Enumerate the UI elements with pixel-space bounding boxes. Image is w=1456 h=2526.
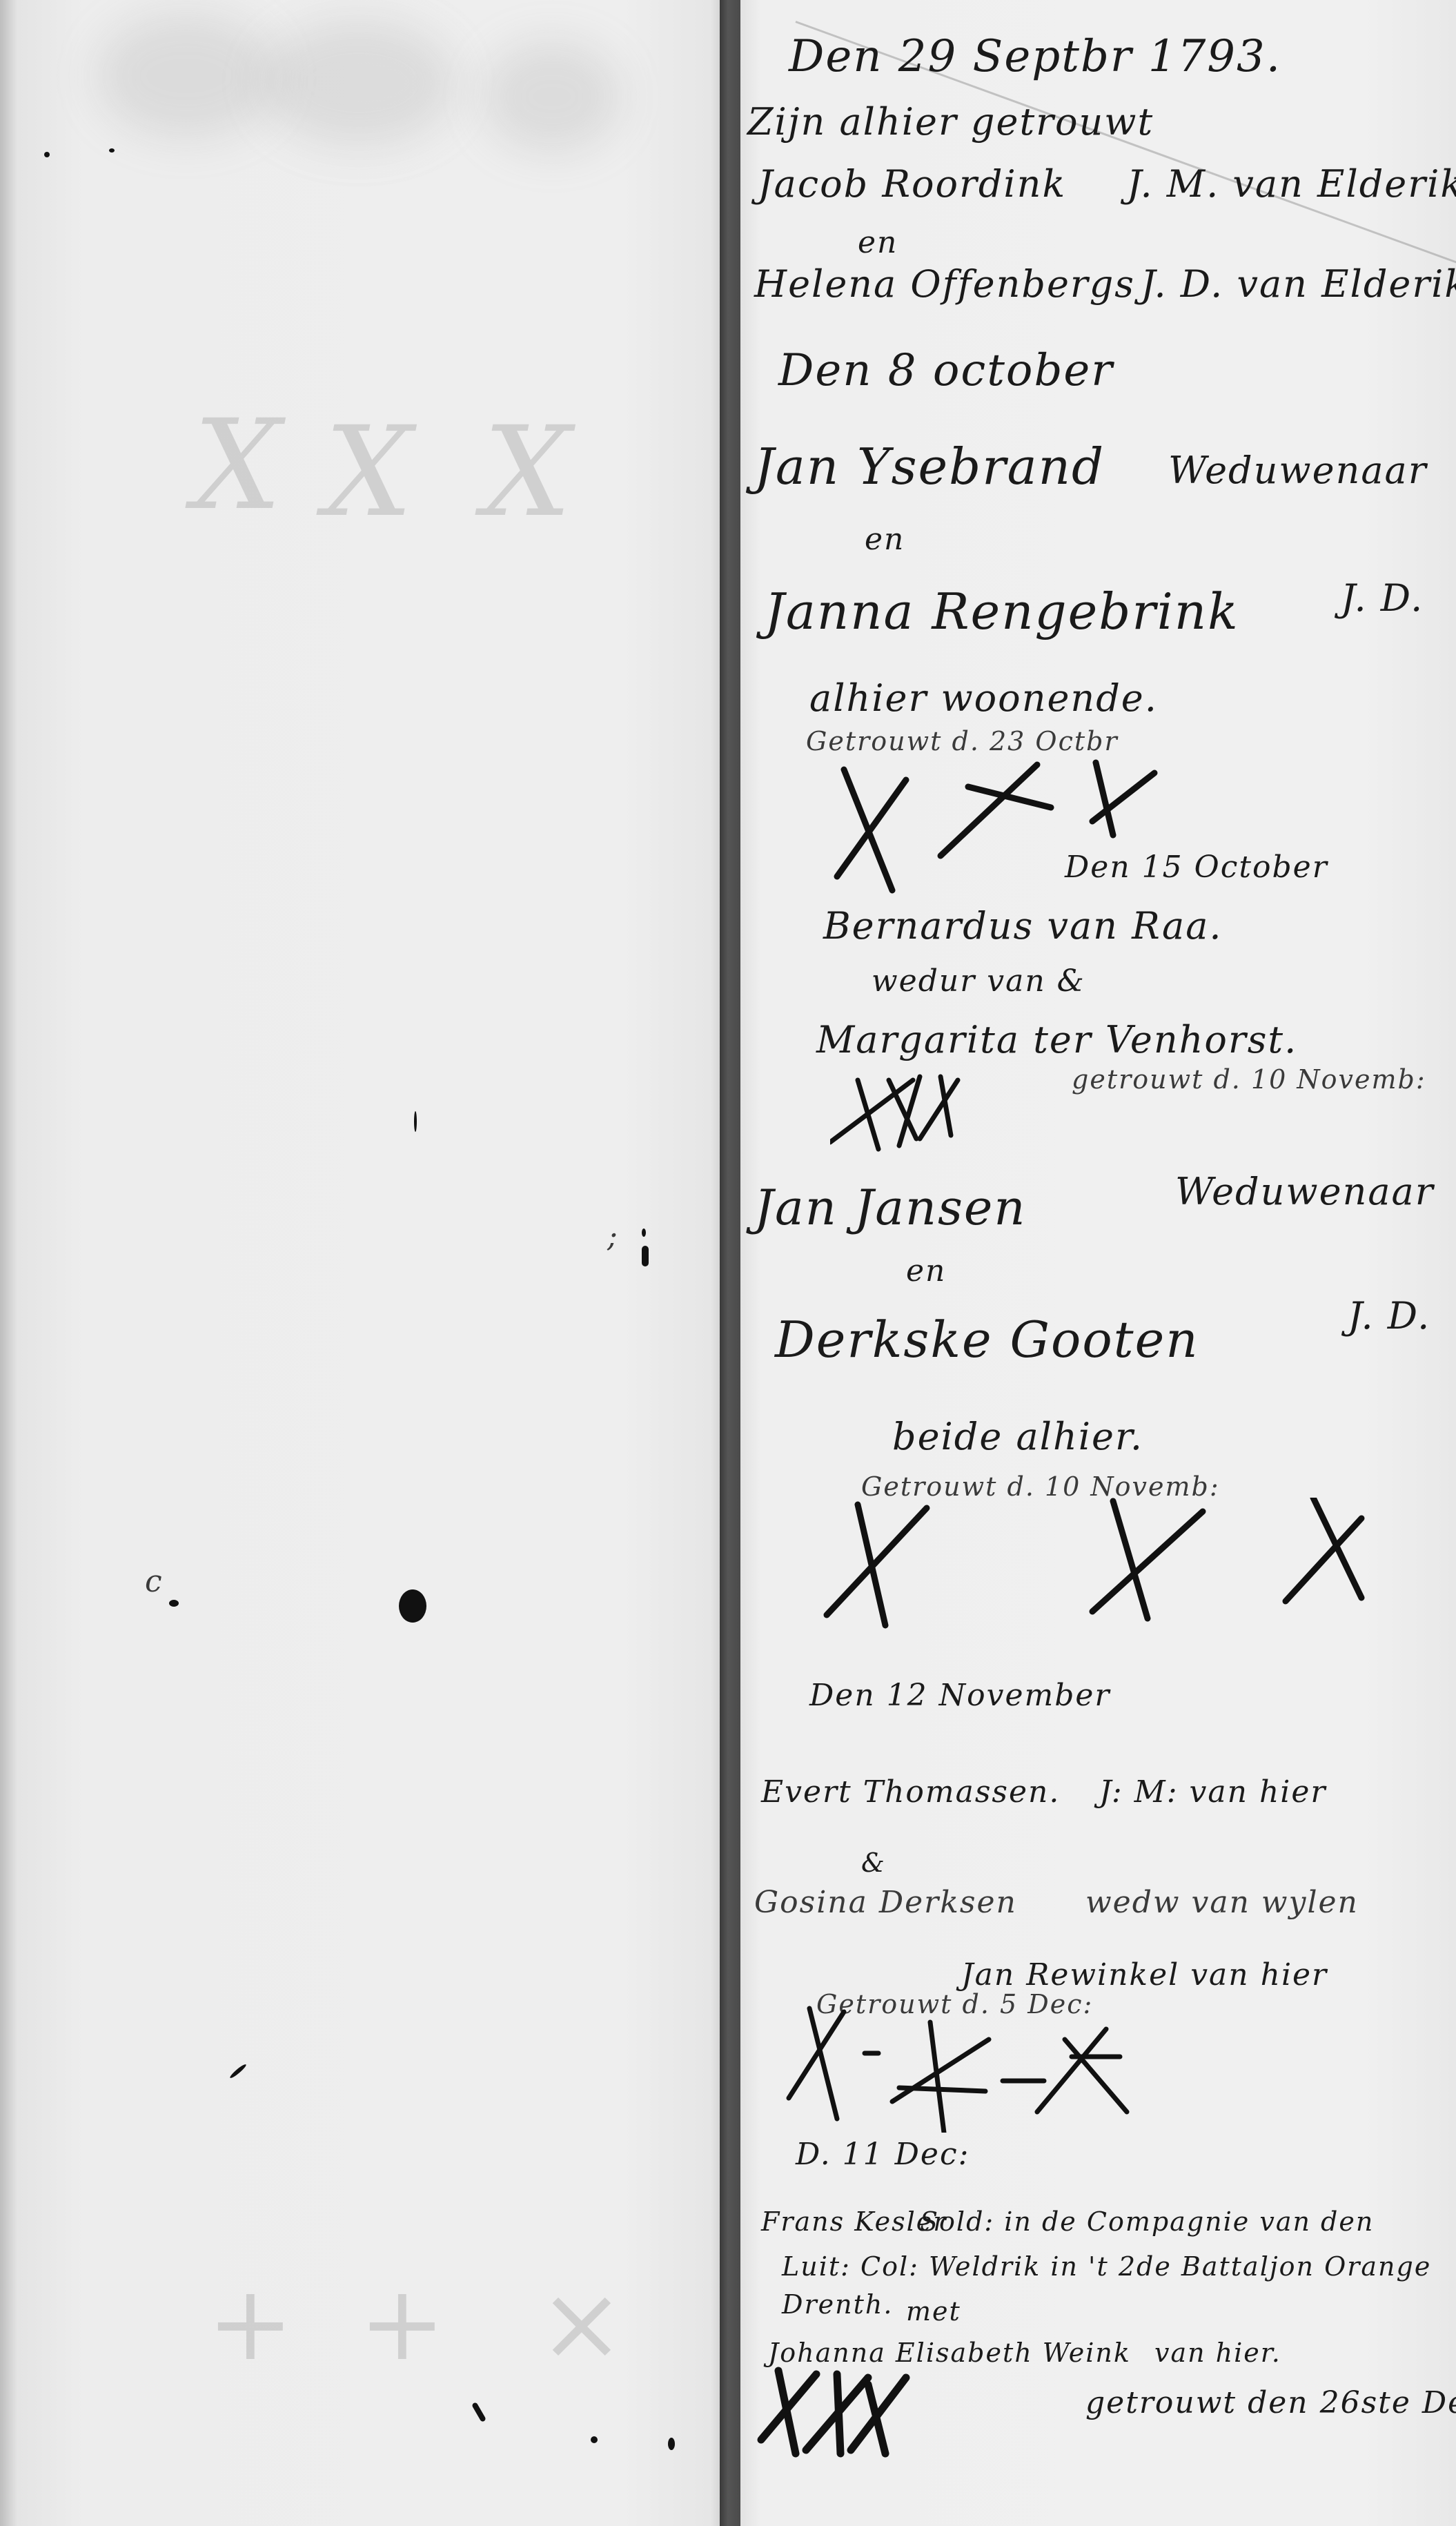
bride-note: van hier. xyxy=(1154,2340,1281,2366)
ink-speck xyxy=(642,1246,649,1266)
book-gutter xyxy=(720,0,740,2526)
married-date-note: getrouwt den 26ste December xyxy=(1085,2388,1456,2418)
bride-name: Janna Rengebrink xyxy=(765,587,1239,636)
bride-name: Johanna Elisabeth Weink xyxy=(768,2340,1131,2366)
bride-name: Gosina Derksen xyxy=(754,1888,1017,1918)
entry-date-heading: Den 29 Septbr 1793. xyxy=(789,35,1281,79)
bride-name: Helena Offenbergs xyxy=(754,266,1135,303)
groom-note: Sold: in de Compagnie van den xyxy=(920,2209,1374,2235)
right-page: Den 29 Septbr 1793. Zijn alhier getrouwt… xyxy=(740,0,1456,2526)
groom-name: Bernardus van Raa. xyxy=(823,908,1223,945)
ink-speck xyxy=(229,2063,248,2079)
groom-detail-line: Drenth. xyxy=(782,2291,893,2318)
ink-blot xyxy=(399,1589,426,1623)
bride-note: J. D. xyxy=(1341,580,1424,617)
ink-speck xyxy=(642,1228,646,1237)
ink-speck xyxy=(471,2402,486,2422)
ink-speck xyxy=(414,1111,417,1132)
cross-marks-icon xyxy=(830,1073,1051,1156)
cross-marks-icon xyxy=(782,2001,1375,2133)
groom-name: Evert Thomassen. xyxy=(761,1777,1060,1808)
cross-marks-icon xyxy=(754,2364,989,2460)
groom-name: Jacob Roordink xyxy=(758,166,1066,203)
bleed-through-mark: X xyxy=(483,400,571,545)
water-stain xyxy=(97,14,276,138)
bride-name: Derkske Gooten xyxy=(775,1315,1199,1364)
groom-name: Frans Kesler xyxy=(761,2209,947,2235)
married-date-note: Getrouwt d. 23 Octbr xyxy=(806,728,1119,754)
bleed-through-mark: + xyxy=(359,2264,446,2384)
ink-speck xyxy=(109,148,115,153)
groom-note: J. M. van Elderik xyxy=(1127,166,1456,203)
groom-note: Weduwenaar xyxy=(1168,452,1428,489)
bleed-through-mark: X xyxy=(324,400,413,545)
groom-name: Jan Ysebrand xyxy=(754,442,1105,491)
groom-detail-line: Luit: Col: Weldrik in 't 2de Battaljon O… xyxy=(782,2253,1431,2280)
bleed-through-mark: X xyxy=(193,393,282,538)
residence-note: alhier woonende. xyxy=(809,680,1158,717)
bride-name: Margarita ter Venhorst. xyxy=(816,1021,1297,1059)
married-date-note: getrouwt d. 10 Novemb: xyxy=(1072,1066,1426,1093)
bride-note: J. D. van Elderik xyxy=(1141,266,1456,303)
signature-marks xyxy=(830,1073,1051,1156)
ink-speck xyxy=(44,152,50,157)
groom-note: Weduwenaar xyxy=(1175,1173,1435,1211)
entry-date-heading: Den 15 October xyxy=(1065,852,1328,883)
ink-speck xyxy=(591,2436,598,2443)
signature-marks xyxy=(823,759,1320,918)
conjunction: met xyxy=(906,2298,961,2324)
signature-marks xyxy=(782,2001,1375,2133)
conjunction: en xyxy=(906,1256,946,1286)
water-stain xyxy=(483,41,621,152)
groom-name: Jan Jansen xyxy=(754,1184,1026,1232)
married-date-note: Getrouwt d. 10 Novemb: xyxy=(861,1473,1220,1500)
entry-date-heading: Den 8 october xyxy=(778,349,1114,393)
signature-marks xyxy=(754,2364,989,2460)
entry-date-heading: Den 12 November xyxy=(809,1681,1110,1711)
bleed-through-mark: + xyxy=(207,2264,294,2384)
ink-speck xyxy=(169,1600,179,1607)
cross-marks-icon xyxy=(816,1498,1437,1636)
left-page: X X X + + × c ; xyxy=(0,0,720,2526)
ink-speck xyxy=(668,2438,675,2450)
cross-marks-icon xyxy=(823,759,1320,918)
water-stain xyxy=(262,21,455,145)
groom-note: J: M: van hier xyxy=(1099,1777,1326,1808)
conjunction: en xyxy=(858,228,898,258)
entry-intro: Zijn alhier getrouwt xyxy=(747,104,1154,141)
conjunction: en xyxy=(865,525,905,555)
entry-date-heading: D. 11 Dec: xyxy=(796,2140,970,2170)
bride-note: wedw van wylen xyxy=(1085,1888,1359,1918)
signature-marks xyxy=(816,1498,1437,1636)
ink-smudge: ; xyxy=(607,1222,619,1252)
bride-late-husband: Jan Rewinkel van hier xyxy=(961,1960,1328,1990)
bride-note: J. D. xyxy=(1348,1298,1430,1335)
conjunction: & xyxy=(861,1850,886,1876)
bleed-through-mark: × xyxy=(538,2264,625,2384)
groom-status: wedur van & xyxy=(872,966,1085,997)
residence-note: beide alhier. xyxy=(892,1418,1143,1456)
ink-smudge: c xyxy=(145,1567,164,1597)
